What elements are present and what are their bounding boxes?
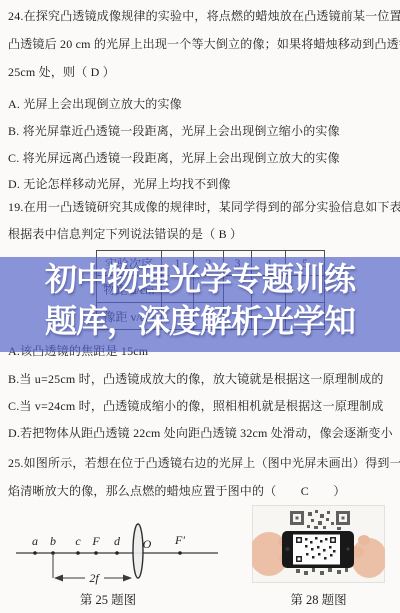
figure-caption-q28: 第 28 题图 — [252, 590, 385, 608]
q24-line2: 凸透镜后 20 cm 的光屏上出现一个等大倒立的像；如果将蜡烛移动到凸透镜前 — [8, 36, 400, 53]
lens-axis-diagram: a b c F d O F′ 2f — [8, 506, 240, 588]
q19-option-c: C.当 v=24cm 时，凸透镜成缩小的像，照相相机就是根据这一原理制成 — [8, 398, 384, 415]
q19-line1: 19.在用一凸透镜研究其成像的规律时，某同学得到的部分实验信息如下表所示。 — [8, 199, 400, 216]
q24-option-b: B. 将光屏靠近凸透镜一段距离，光屏上会出现倒立缩小的实像 — [8, 123, 340, 140]
arrowhead-left — [54, 575, 63, 582]
title-overlay-banner: 初中物理光学专题训练 题库，深度解析光学知 — [0, 257, 400, 352]
q24-option-c: C. 将光屏远离凸透镜一段距离，光屏上会出现倒立放大的实像 — [8, 150, 340, 167]
distance-label-2f: 2f — [89, 571, 100, 585]
qr-scan-photo — [252, 505, 385, 583]
figure-caption-q25: 第 25 题图 — [8, 590, 208, 608]
point-label-b: b — [50, 534, 56, 548]
banner-title-line2: 题库，深度解析光学知 — [0, 300, 400, 342]
q25-line1: 25.如图所示，若想在位于凸透镜右边的光屏上（图中光屏未画出）得到一个烛 — [8, 455, 400, 472]
q25-line2: 焰清晰放大的像，那么点燃的蜡烛应置于图中的（ C ） — [8, 483, 346, 500]
smartphone — [282, 531, 354, 568]
point-label-a: a — [32, 534, 38, 548]
convex-lens — [133, 524, 143, 578]
point-label-c: c — [75, 534, 81, 548]
focus-label-F-prime: F′ — [174, 533, 185, 547]
document-page: 24.在探究凸透镜成像规律的实验中，将点燃的蜡烛放在凸透镜前某一位置，在 凸透镜… — [0, 0, 400, 613]
focus-label-F: F — [91, 534, 100, 548]
arrowhead-right — [123, 575, 132, 582]
point-label-d: d — [114, 534, 121, 548]
banner-title-line1: 初中物理光学专题训练 — [0, 258, 400, 300]
q19-option-b: B.当 u=25cm 时，凸透镜成放大的像，放大镜就是根据这一原理制成的 — [8, 371, 384, 388]
q24-line1: 24.在探究凸透镜成像规律的实验中，将点燃的蜡烛放在凸透镜前某一位置，在 — [8, 8, 400, 25]
q24-line3: 25cm 处，则（ D ） — [8, 64, 115, 81]
lens-center-label-O: O — [143, 537, 152, 551]
q19-line2: 根据表中信息判定下列说法错误的是（ B ） — [8, 226, 242, 243]
q24-option-a: A. 光屏上会出现倒立放大的实像 — [8, 96, 182, 113]
q24-option-d: D. 无论怎样移动光屏，光屏上均找不到像 — [8, 176, 231, 193]
q19-option-d: D.若把物体从距凸透镜 22cm 处向距凸透镜 32cm 处滑动，像会逐渐变小 — [8, 425, 393, 442]
